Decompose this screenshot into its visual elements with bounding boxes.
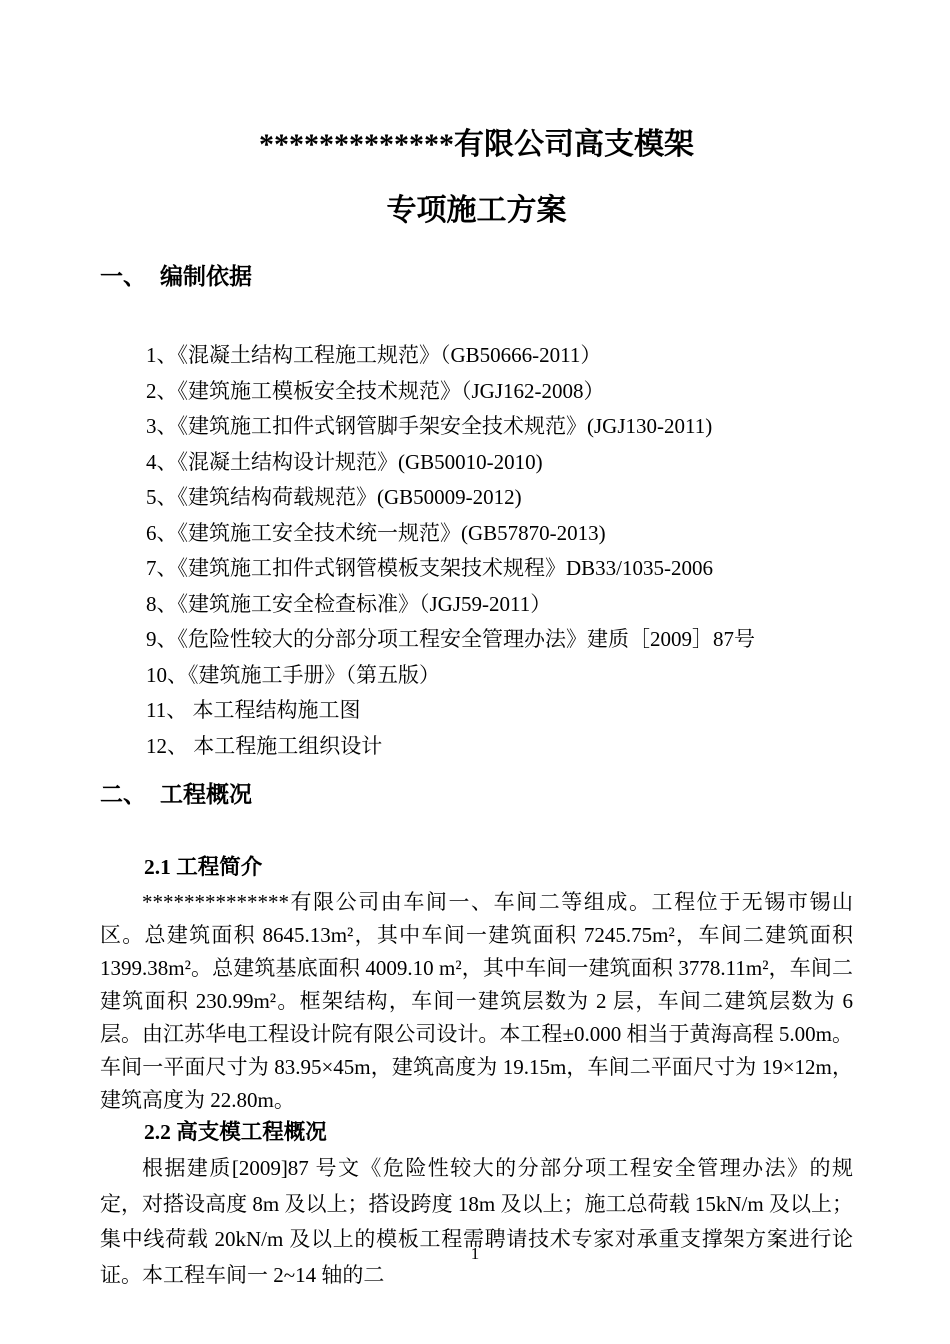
section-1-title: 编制依据 <box>160 264 252 289</box>
document-page: *************有限公司高支模架 专项施工方案 一、编制依据 1、《混… <box>0 0 950 1344</box>
document-title: *************有限公司高支模架 <box>100 126 853 164</box>
reference-item-2: 2、《建筑施工模板安全技术规范》（JGJ162-2008） <box>146 374 853 410</box>
reference-item-8: 8、《建筑施工安全检查标准》（JGJ59-2011） <box>146 587 853 623</box>
reference-item-6: 6、《建筑施工安全技术统一规范》(GB57870-2013) <box>146 516 853 552</box>
document-subtitle: 专项施工方案 <box>100 192 853 230</box>
reference-item-5: 5、《建筑结构荷载规范》(GB50009-2012) <box>146 480 853 516</box>
reference-item-9: 9、《危险性较大的分部分项工程安全管理办法》建质［2009］87号 <box>146 622 853 658</box>
subsection-2-1-heading: 2.1 工程简介 <box>144 852 853 882</box>
subsection-2-2-heading: 2.2 高支模工程概况 <box>144 1117 853 1147</box>
section-1-number: 一、 <box>100 260 160 294</box>
reference-list: 1、《混凝土结构工程施工规范》（GB50666-2011） 2、《建筑施工模板安… <box>100 338 853 764</box>
section-1-heading: 一、编制依据 <box>100 260 853 294</box>
reference-item-11: 11、 本工程结构施工图 <box>146 693 853 729</box>
paragraph-project-introduction: **************有限公司由车间一、车间二等组成。工程位于无锡市锡山区… <box>100 886 853 1117</box>
section-2-heading: 二、工程概况 <box>100 778 853 812</box>
reference-item-1: 1、《混凝土结构工程施工规范》（GB50666-2011） <box>146 338 853 374</box>
reference-item-12: 12、 本工程施工组织设计 <box>146 729 853 765</box>
section-2-number: 二、 <box>100 778 160 812</box>
reference-item-3: 3、《建筑施工扣件式钢管脚手架安全技术规范》(JGJ130-2011) <box>146 409 853 445</box>
page-number: 1 <box>0 1245 950 1262</box>
reference-item-4: 4、《混凝土结构设计规范》(GB50010-2010) <box>146 445 853 481</box>
reference-item-10: 10、《建筑施工手册》（第五版） <box>146 658 853 694</box>
paragraph-high-formwork-overview: 根据建质[2009]87 号文《危险性较大的分部分项工程安全管理办法》的规定，对… <box>100 1151 853 1293</box>
reference-item-7: 7、《建筑施工扣件式钢管模板支架技术规程》DB33/1035-2006 <box>146 551 853 587</box>
section-2-title: 工程概况 <box>160 782 252 807</box>
